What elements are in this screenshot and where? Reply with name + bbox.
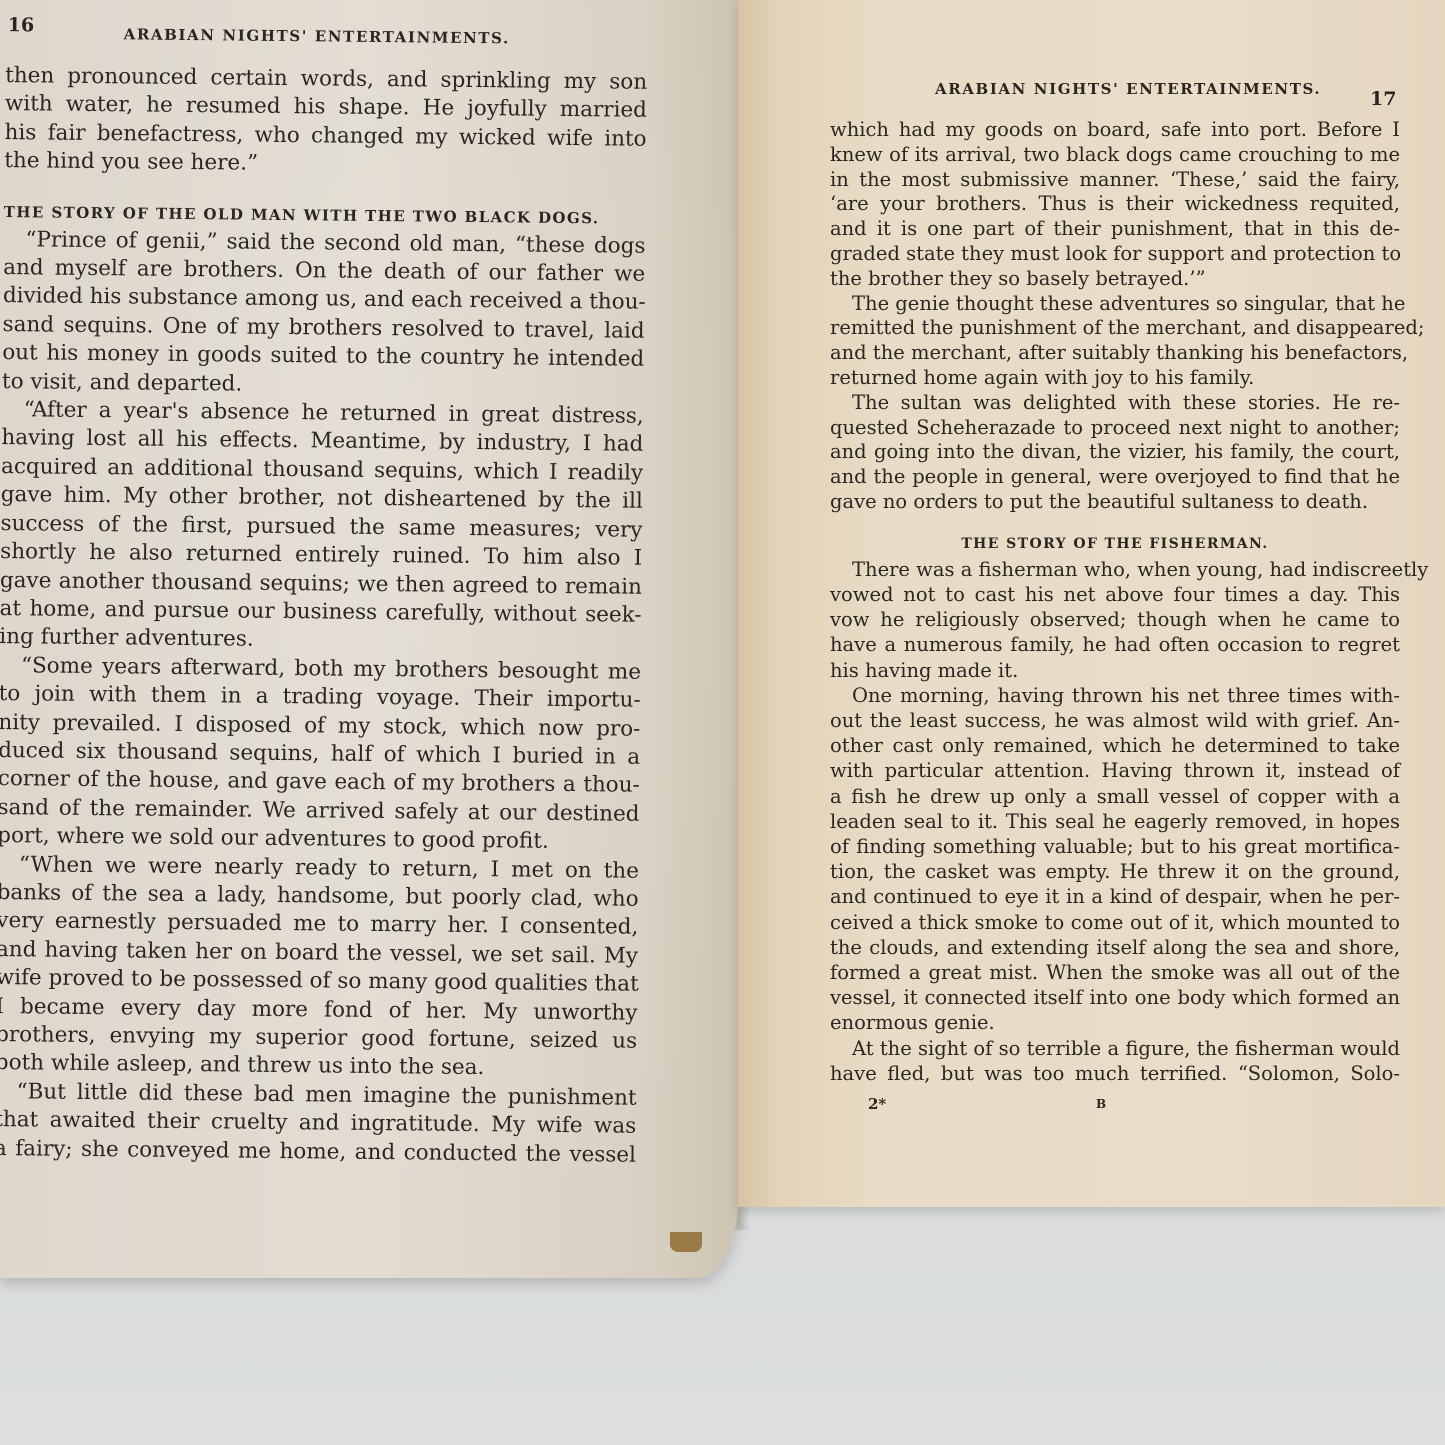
paragraph: There was a fisherman who, when young, h… — [830, 557, 1400, 683]
text-line: At the sight of so terrible a figure, th… — [830, 1036, 1400, 1061]
text-line: graded state they must look for support … — [830, 242, 1400, 267]
text-line: and continued to eye it in a kind of des… — [830, 884, 1400, 909]
text-line: the brother they so basely betrayed.’” — [830, 267, 1400, 292]
paragraph: The genie thought these adventures so si… — [830, 292, 1400, 391]
text-line: vowed not to cast his net above four tim… — [830, 582, 1400, 607]
text-line: his having made it. — [830, 658, 1400, 683]
text-line: ceived a thick smoke to come out of it, … — [830, 910, 1400, 935]
paragraph: which had my goods on board, safe into p… — [830, 118, 1400, 292]
text-line: and the merchant, after suitably thankin… — [830, 341, 1400, 366]
paragraph: “When we were nearly ready to return, I … — [0, 851, 639, 1085]
text-line: in the most submissive manner. ‘These,’ … — [830, 168, 1400, 193]
text-line: out the least success, he was almost wil… — [830, 708, 1400, 733]
text-line: knew of its arrival, two black dogs came… — [830, 143, 1400, 168]
paragraph: “Prince of genii,” said the second old m… — [2, 226, 646, 403]
page-number-right: 17 — [1370, 88, 1396, 110]
text-line: quested Scheherazade to proceed next nig… — [830, 416, 1400, 441]
paragraph: then pronounced certain words, and sprin… — [4, 62, 647, 182]
paragraph: “After a year's absence he returned in g… — [0, 396, 644, 658]
text-line: vessel, it connected itself into one bod… — [830, 985, 1400, 1010]
paragraph: “But little did these bad men imagine th… — [0, 1078, 637, 1170]
text-line: ‘are your brothers. Thus is their wicked… — [830, 192, 1400, 217]
text-line: formed a great mist. When the smoke was … — [830, 960, 1400, 985]
page-number-left: 16 — [8, 14, 35, 36]
text-line: vow he religiously observed; though when… — [830, 607, 1400, 632]
text-line: tion, the casket was empty. He threw it … — [830, 859, 1400, 884]
text-line: returned home again with joy to his fami… — [830, 366, 1400, 391]
paragraph: “Some years afterward, both my brothers … — [0, 652, 641, 858]
text-line: the clouds, and extending itself along t… — [830, 935, 1400, 960]
text-line: remitted the punishment of the merchant,… — [830, 316, 1400, 341]
text-line: a fish he drew up only a small vessel of… — [830, 784, 1400, 809]
signature-mark-right: B — [1096, 1097, 1106, 1111]
text-line: have fled, but was too much terrified. “… — [830, 1061, 1400, 1086]
text-line: The sultan was delighted with these stor… — [830, 391, 1400, 416]
text-line: a fairy; she conveyed me home, and condu… — [0, 1135, 636, 1170]
story-heading: THE STORY OF THE FISHERMAN. — [830, 531, 1400, 557]
binding-thread — [670, 1232, 702, 1252]
text-line: and the people in general, were overjoye… — [830, 465, 1400, 490]
left-text-block: then pronounced certain words, and sprin… — [0, 62, 647, 1170]
text-line: leaden seal to it. This seal he eagerly … — [830, 809, 1400, 834]
text-line: gave no orders to put the beautiful sult… — [830, 490, 1400, 515]
text-line: and going into the divan, the vizier, hi… — [830, 440, 1400, 465]
left-page: 16 ARABIAN NIGHTS' ENTERTAINMENTS. then … — [0, 0, 738, 1278]
text-line: other cast only remained, which he deter… — [830, 733, 1400, 758]
text-line: which had my goods on board, safe into p… — [830, 118, 1400, 143]
right-page: ARABIAN NIGHTS' ENTERTAINMENTS. 17 which… — [738, 0, 1445, 1207]
text-line: of finding something valuable; but to hi… — [830, 834, 1400, 859]
paragraph: One morning, having thrown his net three… — [830, 683, 1400, 1036]
text-line: One morning, having thrown his net three… — [830, 683, 1400, 708]
text-line: enormous genie. — [830, 1010, 1400, 1035]
paragraph: At the sight of so terrible a figure, th… — [830, 1036, 1400, 1086]
text-line: and it is one part of their punishment, … — [830, 217, 1400, 242]
running-head-left: ARABIAN NIGHTS' ENTERTAINMENTS. — [124, 25, 510, 47]
signature-mark-left: 2* — [868, 1095, 886, 1113]
text-line: The genie thought these adventures so si… — [830, 292, 1400, 317]
paragraph: The sultan was delighted with these stor… — [830, 391, 1400, 515]
running-head-right: ARABIAN NIGHTS' ENTERTAINMENTS. — [935, 80, 1321, 98]
text-line: There was a fisherman who, when young, h… — [830, 557, 1400, 582]
right-text-block: which had my goods on board, safe into p… — [830, 118, 1400, 1086]
text-line: with particular attention. Having thrown… — [830, 758, 1400, 783]
text-line: have a numerous family, he had often occ… — [830, 632, 1400, 657]
